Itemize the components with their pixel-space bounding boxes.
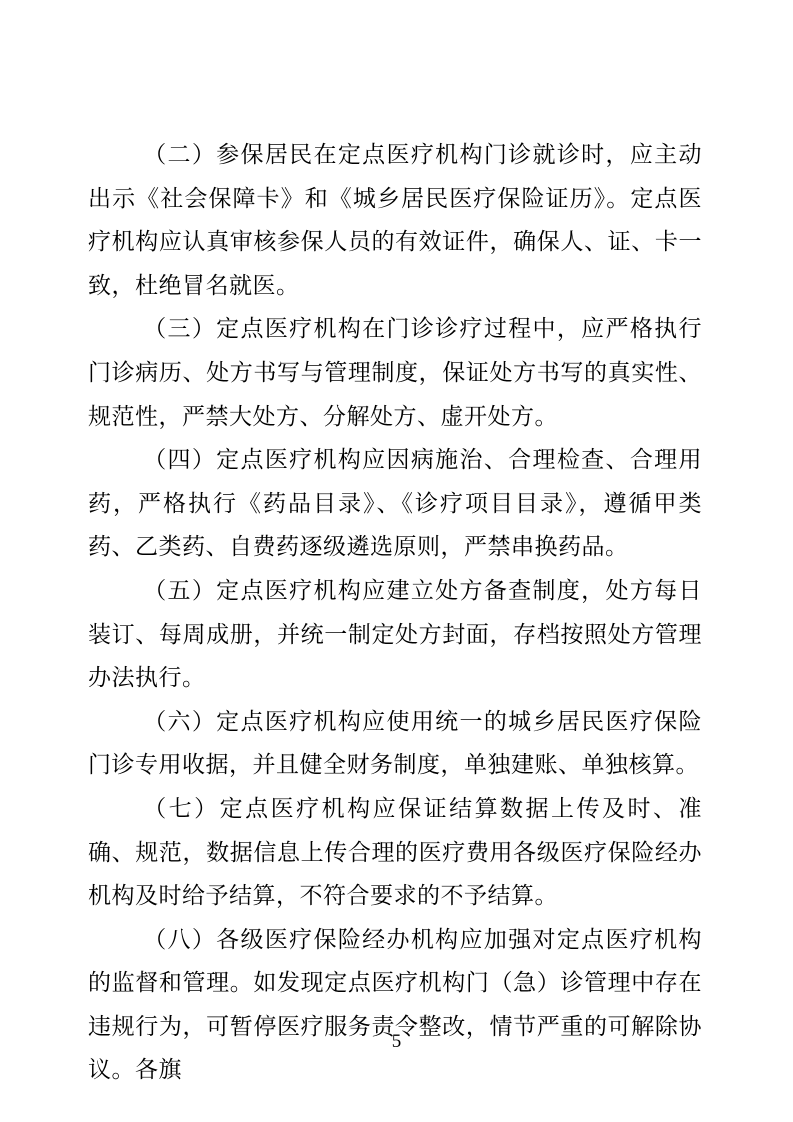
paragraph-item-3: （三）定点医疗机构在门诊诊疗过程中，应严格执行门诊病历、处方书写与管理制度，保证…	[88, 307, 702, 438]
paragraph-item-5: （五）定点医疗机构应建立处方备查制度，处方每日装订、每周成册，并统一制定处方封面…	[88, 569, 702, 700]
paragraph-item-2: （二）参保居民在定点医疗机构门诊就诊时，应主动出示《社会保障卡》和《城乡居民医疗…	[88, 133, 702, 307]
document-body: （二）参保居民在定点医疗机构门诊就诊时，应主动出示《社会保障卡》和《城乡居民医疗…	[88, 133, 702, 1092]
paragraph-item-8: （八）各级医疗保险经办机构应加强对定点医疗机构的监督和管理。如发现定点医疗机构门…	[88, 918, 702, 1092]
paragraph-item-4: （四）定点医疗机构应因病施治、合理检查、合理用药，严格执行《药品目录》、《诊疗项…	[88, 438, 702, 569]
paragraph-item-6: （六）定点医疗机构应使用统一的城乡居民医疗保险门诊专用收据，并且健全财务制度，单…	[88, 700, 702, 787]
paragraph-item-7: （七）定点医疗机构应保证结算数据上传及时、准确、规范，数据信息上传合理的医疗费用…	[88, 787, 702, 918]
page-footer: 5	[0, 1031, 793, 1053]
page-number: 5	[392, 1031, 402, 1052]
document-page: （二）参保居民在定点医疗机构门诊就诊时，应主动出示《社会保障卡》和《城乡居民医疗…	[0, 0, 793, 1122]
